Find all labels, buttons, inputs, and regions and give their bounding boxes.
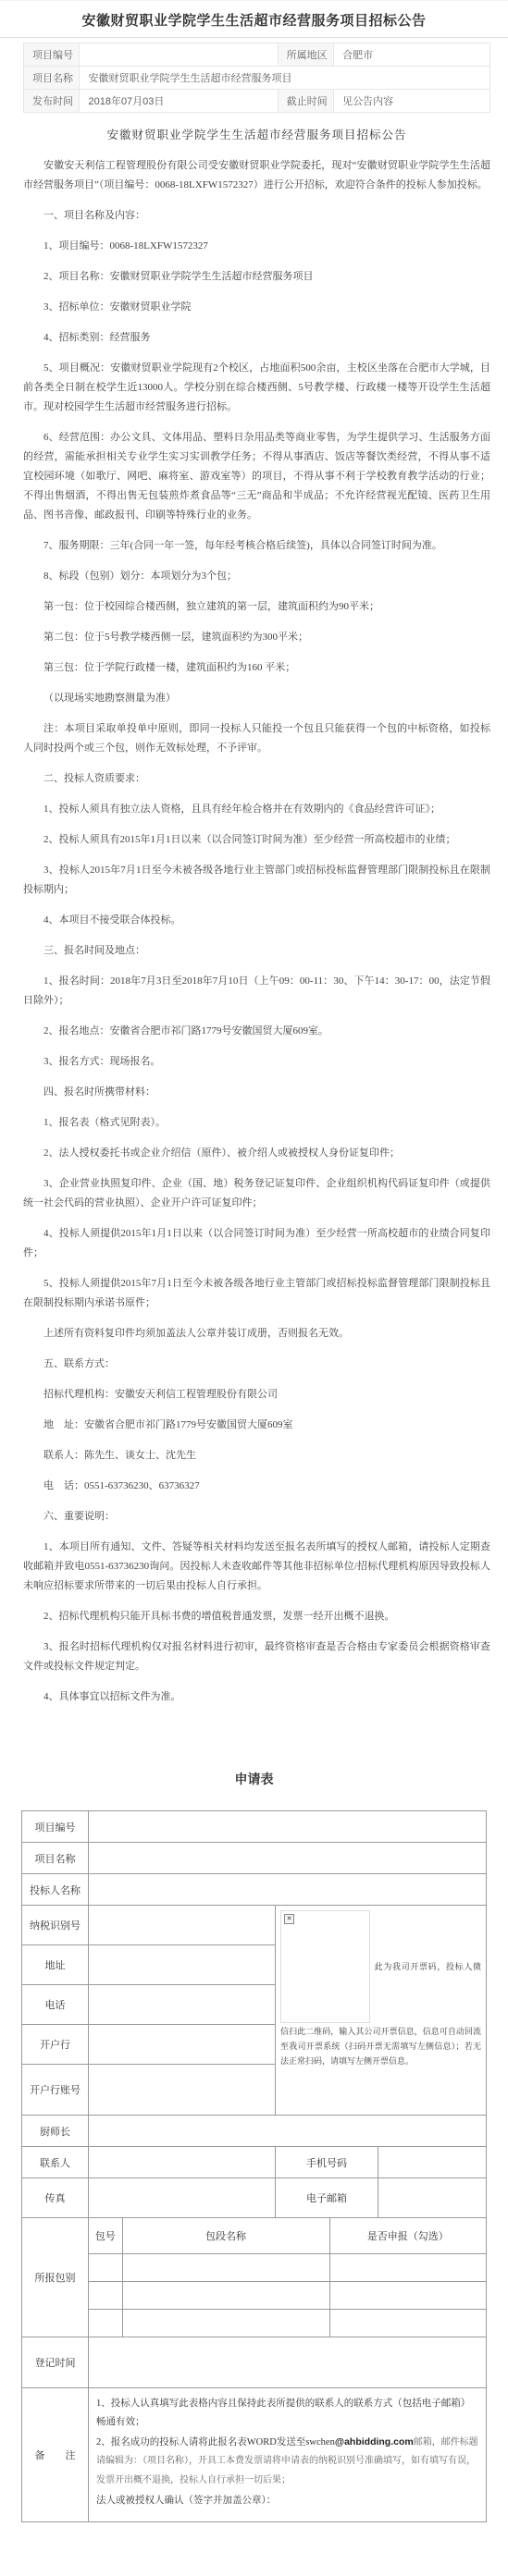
form-project-no-value [89, 1811, 487, 1843]
form-tax-id-value [89, 1906, 276, 1945]
announcement-paragraph: 地 址：安徽省合肥市祁门路1779号安徽国贸大厦609室 [23, 1416, 490, 1435]
announcement-paragraph: 五、联系方式： [23, 1355, 490, 1374]
publish-time-label: 发布时间 [24, 90, 80, 113]
package-no-header: 包号 [89, 2218, 122, 2254]
announcement-paragraph: 3、报名时招标代理机构仅对报名材料进行初审，最终资格审查是否合格由专家委员会根据… [23, 1638, 490, 1676]
project-name-label: 项目名称 [24, 67, 80, 90]
form-register-time-value [89, 2337, 487, 2388]
announcement-paragraph: 第一包：位于校园综合楼西侧，独立建筑的第一层，建筑面积约为90平米； [23, 597, 490, 617]
form-contact-value [89, 2147, 276, 2178]
table-row: 包号 包段名称 是否申报（勾选） [89, 2218, 486, 2254]
table-row [89, 2254, 486, 2282]
table-row: 项目名称 [22, 1843, 487, 1874]
table-row: 发布时间 2018年07月03日 截止时间 见公告内容 [24, 90, 490, 113]
announcement-paragraph: 4、投标人须提供2015年1月1日以来（以合同签订时间为准）至少经营一所高校超市… [23, 1224, 490, 1263]
package-apply-cell [329, 2310, 486, 2337]
table-row: 投标人名称 [22, 1874, 487, 1906]
deadline-label: 截止时间 [278, 90, 333, 113]
broken-image-icon: ✕ [284, 1914, 294, 1924]
form-bank-account-label: 开户行账号 [22, 2065, 89, 2116]
package-name-header: 包段名称 [122, 2218, 329, 2254]
form-fax-label: 传真 [22, 2178, 89, 2218]
region-label: 所属地区 [278, 43, 333, 67]
announcement-paragraph: 联系人：陈先生、谈女士、沈先生 [23, 1446, 490, 1466]
form-head-chef-label: 厨师长 [22, 2116, 89, 2147]
announcement-paragraph: 四、报名时所携带材料： [23, 1083, 490, 1102]
application-form-title: 申请表 [0, 1770, 508, 1788]
form-remark-label: 备 注 [22, 2388, 89, 2522]
project-info-table: 项目编号 所属地区 合肥市 项目名称 安徽财贸职业学院学生生活超市经营服务项目 … [23, 43, 490, 113]
form-register-time-label: 登记时间 [22, 2337, 89, 2388]
announcement-paragraph: 3、投标人2015年7月1日至今未被各级各地行业主管部门或招标投标监督管理部门限… [23, 861, 490, 900]
announcement-paragraph: 6、经营范围：办公文具、文体用品、塑料日杂用品类等商业零售，为学生提供学习、生活… [23, 428, 490, 525]
form-address-label: 地址 [22, 1945, 89, 1985]
table-row: 项目编号 [22, 1811, 487, 1843]
form-packages-label: 所报包别 [22, 2218, 89, 2337]
table-row [89, 2310, 486, 2337]
bid-announcement-page: 安徽财贸职业学院学生生活超市经营服务项目招标公告 项目编号 所属地区 合肥市 项… [0, 0, 508, 2576]
announcement-paragraph: 招标代理机构：安徽安天利信工程管理股份有限公司 [23, 1385, 490, 1405]
remark-line-1: 1、投标人认真填写此表格内容且保持此表所提供的联系人的联系方式（包括电子邮箱）畅… [96, 2398, 470, 2427]
announcement-paragraph: （以现场实地勘察测量为准） [23, 689, 490, 708]
announcement-paragraph: 2、投标人须具有2015年1月1日以来（以合同签订时间为准）至少经营一所高校超市… [23, 830, 490, 850]
form-phone-value [89, 1985, 276, 2025]
form-bank-label: 开户行 [22, 2025, 89, 2065]
form-tax-id-label: 纳税识别号 [22, 1906, 89, 1945]
form-phone-label: 电话 [22, 1985, 89, 2025]
announcement-paragraph: 4、本项目不接受联合体投标。 [23, 911, 490, 930]
project-no-label: 项目编号 [24, 43, 80, 67]
qr-image-placeholder: ✕ [280, 1910, 370, 2023]
announcement-paragraph: 第二包：位于5号教学楼西侧一层，建筑面积约为300平米； [23, 628, 490, 647]
package-name-cell [122, 2282, 329, 2310]
announcement-paragraph: 六、重要说明： [23, 1507, 490, 1527]
announcement-paragraph: 2、报名地点：安徽省合肥市祁门路1779号安徽国贸大厦609室。 [23, 1022, 490, 1041]
announcement-paragraph: 1、本项目所有通知、文件、答疑等相关材料均发送至报名表所填写的授权人邮箱，请投标… [23, 1538, 490, 1596]
announcement-paragraph: 1、报名时间：2018年7月3日至2018年7月10日（上午09：00-11：3… [23, 972, 490, 1011]
form-project-no-label: 项目编号 [22, 1811, 89, 1843]
application-form-table: 项目编号 项目名称 投标人名称 纳税识别号 ✕此为我司开票码，投标人微信扫此二维… [21, 1810, 487, 2522]
form-email-label: 电子邮箱 [276, 2178, 378, 2218]
announcement-paragraph: 3、招标单位：安徽财贸职业学院 [23, 298, 490, 317]
announcement-paragraph: 7、服务期限：三年(合同一年一签，每年经考核合格后续签)，具体以合同签订时间为准… [23, 536, 490, 556]
announcement-paragraph: 2、法人授权委托书或企业介绍信（原件）、被介绍人或被授权人身份证复印件； [23, 1144, 490, 1163]
form-fax-value [89, 2178, 276, 2218]
table-row: 联系人 手机号码 [22, 2147, 487, 2178]
form-bidder-name-label: 投标人名称 [22, 1874, 89, 1906]
announcement-paragraph: 3、企业营业执照复印件、企业（国、地）税务登记证复印件、企业组织机构代码证复印件… [23, 1174, 490, 1213]
announcement-paragraph: 2、项目名称：安徽财贸职业学院学生生活超市经营服务项目 [23, 267, 490, 287]
form-bank-account-value [89, 2065, 276, 2116]
remark-email-domain: @ahbidding.com [335, 2436, 414, 2447]
announcement-paragraph: 上述所有资料复印件均须加盖法人公章并装订成册，否则报名无效。 [23, 1324, 490, 1343]
form-bank-value [89, 2025, 276, 2065]
table-row: 所报包别 包号 包段名称 是否申报（勾选） [22, 2218, 487, 2337]
announcement-paragraph: 注：本项目采取单投单中原则，即同一投标人只能投一个包且只能获得一个包的中标资格，… [23, 719, 490, 758]
table-row: 项目编号 所属地区 合肥市 [24, 43, 490, 67]
invoice-qr-note-cell: ✕此为我司开票码，投标人微信扫此二维码，输入其公司开票信息，信息可自动回流至我司… [276, 1906, 487, 2116]
form-head-chef-value [89, 2116, 487, 2147]
project-no-value [80, 43, 278, 67]
table-row: 备 注 1、投标人认真填写此表格内容且保持此表所提供的联系人的联系方式（包括电子… [22, 2388, 487, 2522]
form-mobile-value [378, 2147, 487, 2178]
table-row: 厨师长 [22, 2116, 487, 2147]
announcement-paragraph: 4、招标类别：经营服务 [23, 328, 490, 348]
announcement-paragraph: 二、投标人资质要求： [23, 769, 490, 789]
remark-line-2: 2、报名成功的投标人请将此报名表WORD发送至swchen [96, 2437, 335, 2447]
deadline-value: 见公告内容 [334, 90, 490, 113]
package-name-cell [122, 2254, 329, 2282]
form-address-value [89, 1945, 276, 1985]
announcement-paragraph: 2、招标代理机构只能开具标书费的增值税普通发票，发票一经开出概不退换。 [23, 1607, 490, 1626]
package-no-cell [89, 2282, 122, 2310]
page-title: 安徽财贸职业学院学生生活超市经营服务项目招标公告 [0, 1, 508, 37]
form-project-name-label: 项目名称 [22, 1843, 89, 1874]
table-row: 项目名称 安徽财贸职业学院学生生活超市经营服务项目 [24, 67, 490, 90]
announcement-paragraph: 8、标段（包别）划分：本项划分为3个包； [23, 567, 490, 586]
announcement-paragraph: 5、项目概况：安徽财贸职业学院现有2个校区，占地面积500余亩，主校区坐落在合肥… [23, 359, 490, 417]
form-contact-label: 联系人 [22, 2147, 89, 2178]
form-mobile-label: 手机号码 [276, 2147, 378, 2178]
announcement-paragraph: 3、报名方式：现场报名。 [23, 1052, 490, 1072]
announcement-heading: 安徽财贸职业学院学生生活超市经营服务项目招标公告 [23, 126, 490, 145]
announcement-paragraph: 4、具体事宜以招标文件为准。 [23, 1687, 490, 1707]
form-project-name-value [89, 1843, 487, 1874]
table-row: 登记时间 [22, 2337, 487, 2388]
package-name-cell [122, 2310, 329, 2337]
application-form-section: 申请表 项目编号 项目名称 投标人名称 纳税识别号 ✕此为我司开票码， [0, 1770, 508, 2522]
region-value: 合肥市 [334, 43, 490, 67]
announcement-paragraph: 第三包：位于学院行政楼一楼，建筑面积约为160 平米； [23, 658, 490, 678]
packages-table: 包号 包段名称 是否申报（勾选） [89, 2218, 486, 2337]
project-name-value: 安徽财贸职业学院学生生活超市经营服务项目 [80, 67, 490, 90]
title-divider [0, 37, 508, 38]
announcement-paragraph: 三、报名时间及地点： [23, 941, 490, 961]
form-remark-content: 1、投标人认真填写此表格内容且保持此表所提供的联系人的联系方式（包括电子邮箱）畅… [89, 2388, 487, 2522]
announcement-paragraph: 安徽安天利信工程管理股份有限公司受安徽财贸职业学院委托，现对“安徽财贸职业学院学… [23, 156, 490, 195]
table-row [89, 2282, 486, 2310]
package-apply-header: 是否申报（勾选） [329, 2218, 486, 2254]
remark-signature-line: 法人或被授权人确认（签字并加盖公章）： [96, 2492, 478, 2510]
publish-time-value: 2018年07月03日 [80, 90, 278, 113]
announcement-body: 安徽财贸职业学院学生生活超市经营服务项目招标公告 安徽安天利信工程管理股份有限公… [23, 126, 490, 1707]
package-no-cell [89, 2254, 122, 2282]
announcement-paragraph: 1、报名表（格式见附表）。 [23, 1113, 490, 1133]
announcement-paragraph: 1、项目编号：0068-18LXFW1572327 [23, 237, 490, 256]
table-row: 传真 电子邮箱 [22, 2178, 487, 2218]
bottom-whitespace [0, 2522, 508, 2576]
announcement-paragraph: 5、投标人须提供2015年7月1日至今未被各级各地行业主管部门或招标投标监督管理… [23, 1274, 490, 1313]
form-email-value [378, 2178, 487, 2218]
form-bidder-name-value [89, 1874, 487, 1906]
package-no-cell [89, 2310, 122, 2337]
announcement-paragraph: 电 话：0551-63736230、63736327 [23, 1477, 490, 1496]
packages-cell: 包号 包段名称 是否申报（勾选） [89, 2218, 487, 2337]
package-apply-cell [329, 2254, 486, 2282]
table-row: 纳税识别号 ✕此为我司开票码，投标人微信扫此二维码，输入其公司开票信息，信息可自… [22, 1906, 487, 1945]
package-apply-cell [329, 2282, 486, 2310]
announcement-paragraph: 一、项目名称及内容： [23, 206, 490, 226]
announcement-paragraph: 1、投标人须具有独立法人资格，且具有经年检合格并在有效期内的《食品经营许可证》； [23, 800, 490, 819]
